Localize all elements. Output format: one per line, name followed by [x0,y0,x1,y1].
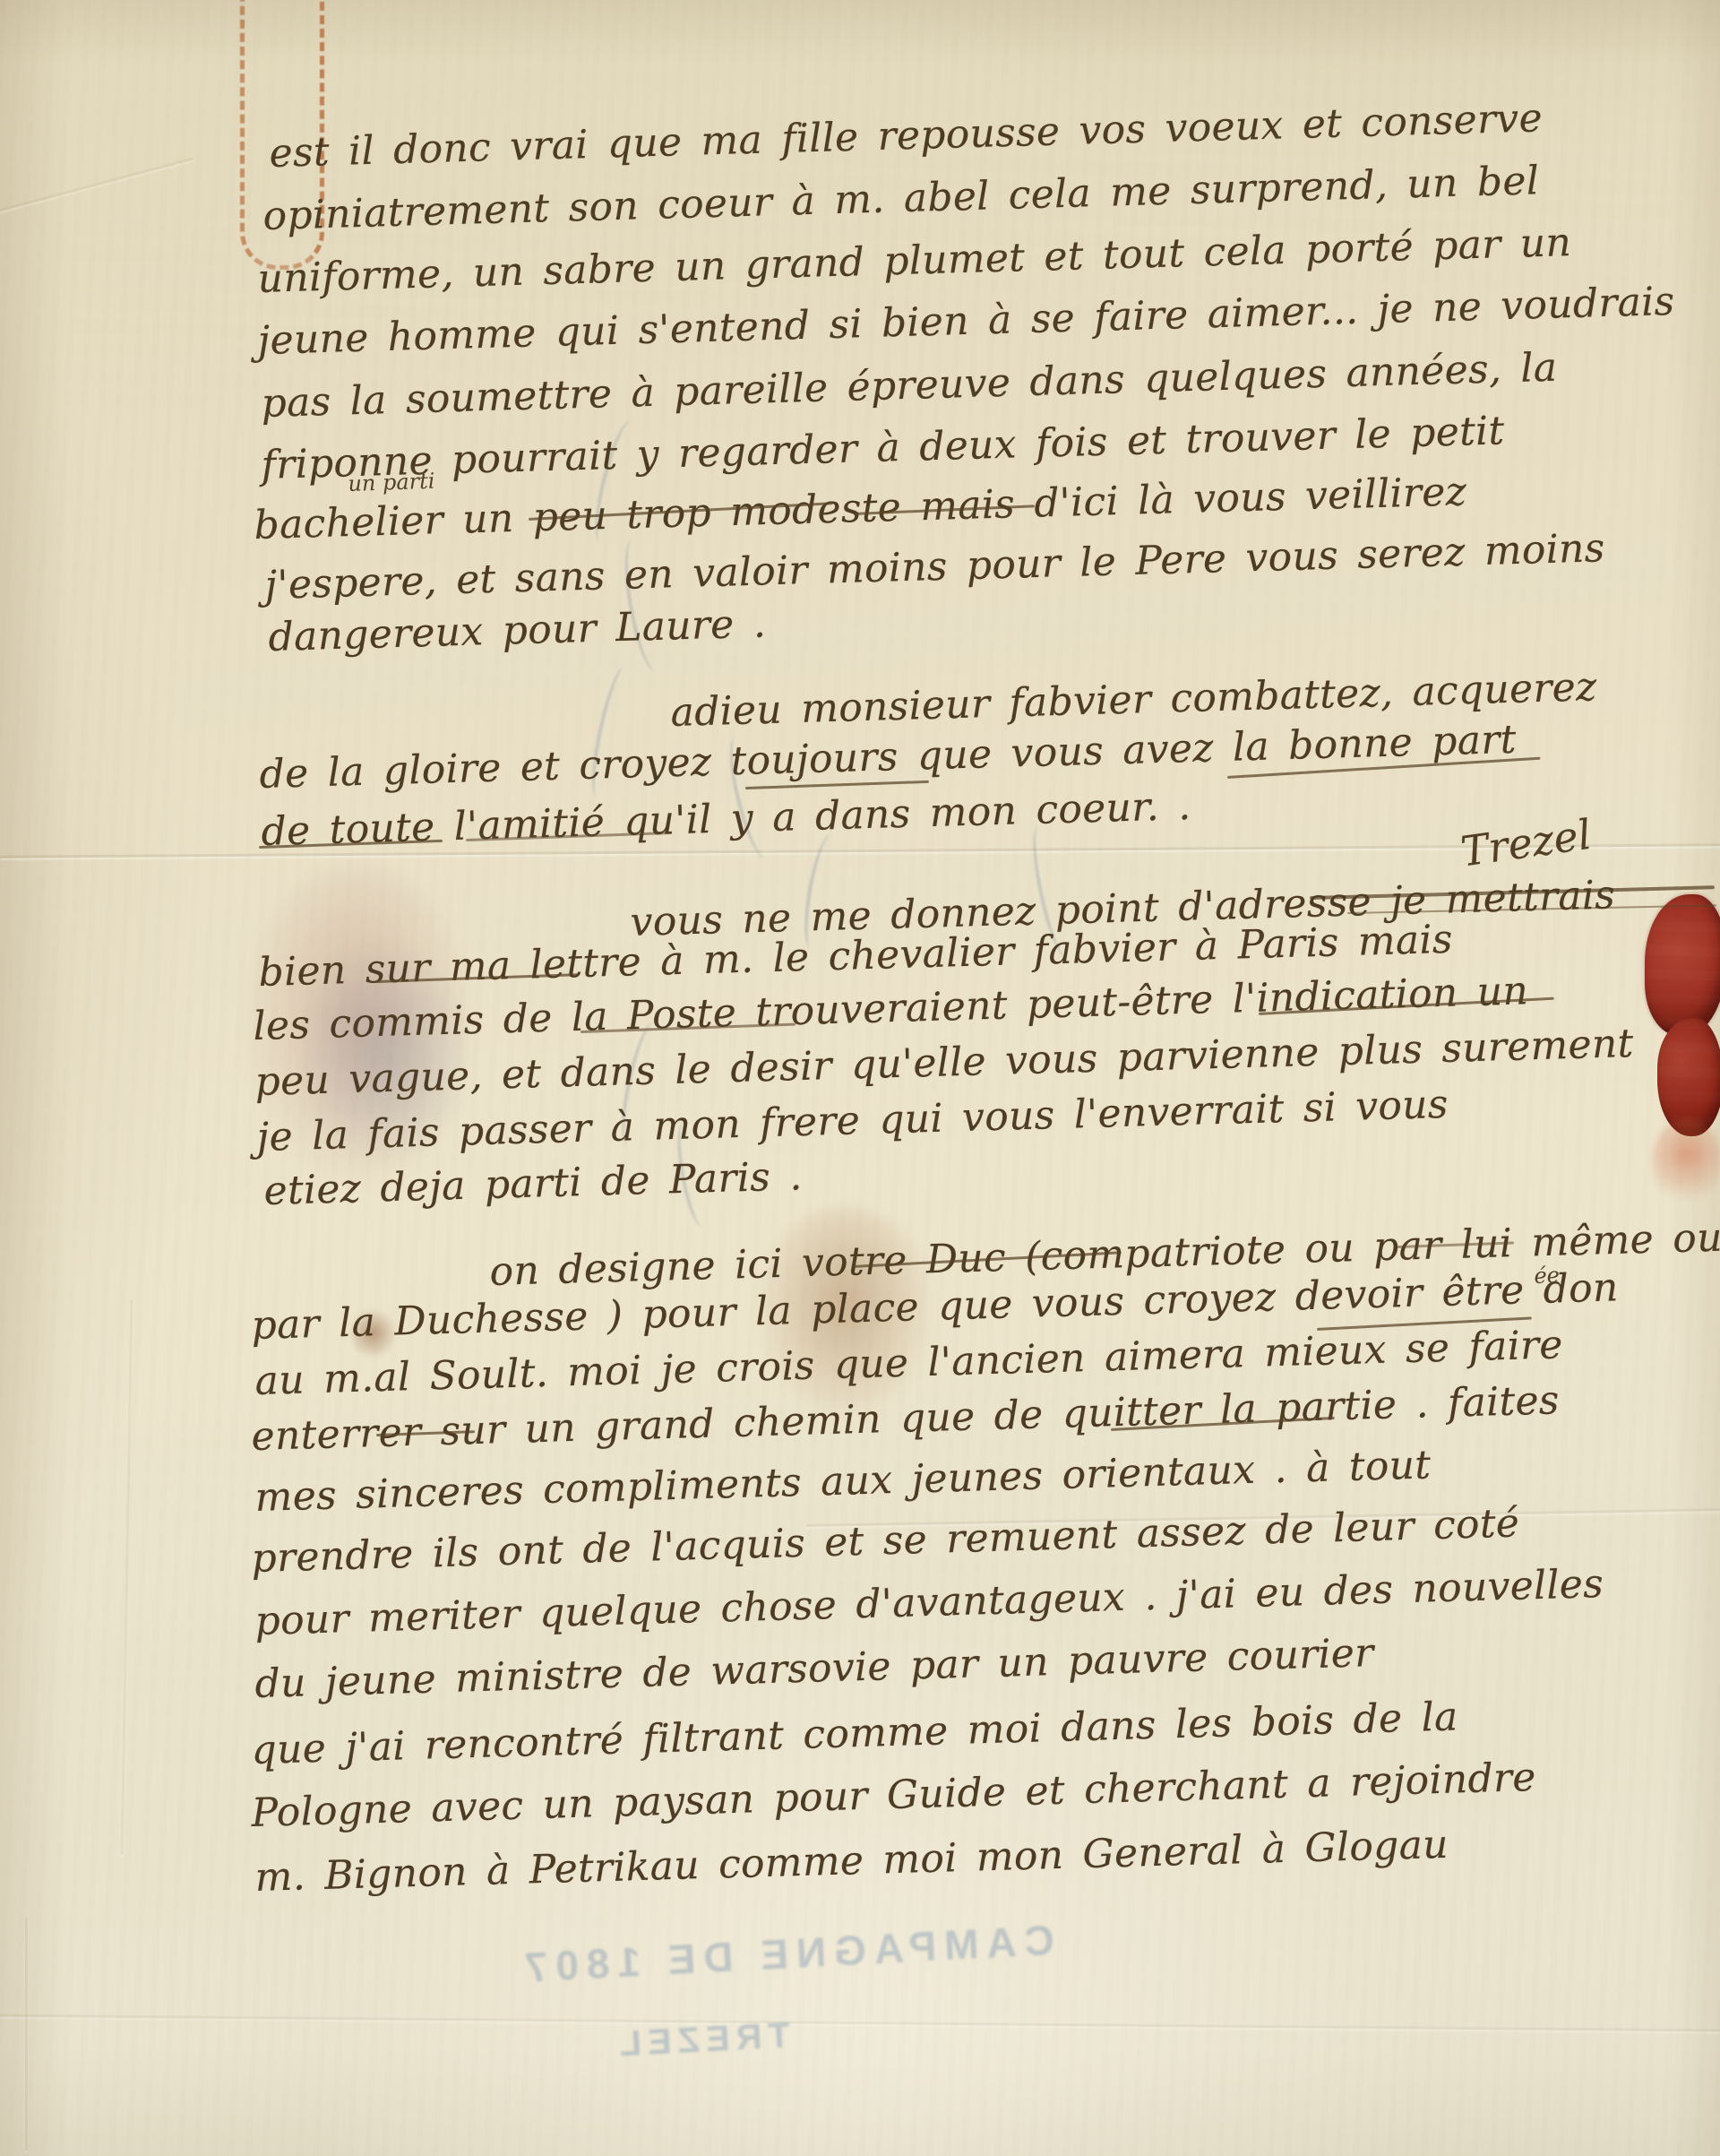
red-wax-seal [1645,894,1720,1036]
verso-inscription: CAMPAGNE DE 1807 TREZEL [355,1916,1060,2096]
verso-inscription-trezel: TREZEL [612,2015,791,2065]
letter-line: m. Bignon à Petrikau comme moi mon Gener… [254,1824,1449,1901]
paper-crease [121,1299,133,1855]
paper-sheet: CAMPAGNE DE 1807 TREZEL est il donc vrai… [0,0,1720,2156]
wax-smear [1652,1118,1720,1206]
letter-line: etiez deja parti de Paris . [263,1155,803,1213]
letter-line: du jeune ministre de warsovie par un pau… [254,1632,1374,1706]
signature: Trezel [1458,814,1594,873]
letter-line: dangereux pour Laure . [268,602,767,660]
verso-inscription-campagne: CAMPAGNE DE 1807 [515,1916,1055,1992]
interline-insertion: un parti [348,470,435,495]
superscript-ee: ée [1534,1264,1560,1287]
paper-crease [25,1918,28,2151]
paper-crease [0,157,193,212]
letter-line: de la gloire et croyez toujours que vous… [259,719,1517,798]
